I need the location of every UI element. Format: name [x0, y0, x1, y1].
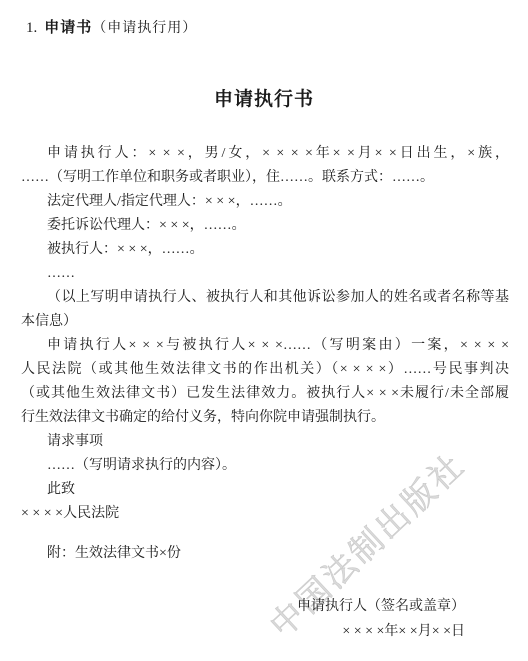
attachment-line: 附：生效法律文书×份: [21, 542, 528, 566]
body-line-applicant-2: ……（写明工作单位和职务或者职业），住……。联系方式：……。: [21, 166, 509, 190]
body-line-legal-agent: 法定代理人/指定代理人：× × ×，……。: [21, 190, 509, 214]
body-line-salutation: 此致: [21, 478, 509, 502]
section-number: 1.: [26, 20, 37, 36]
body-line-case-1: 申请执行人× × ×与被执行人× × ×……（写明案由）一案，× × × ×: [21, 334, 509, 358]
body-line-case-3: （或其他生效法律文书）已发生法律效力。被执行人× × ×未履行/未全部履: [21, 382, 509, 406]
signature-line: 申请执行人（签名或盖章）: [0, 594, 465, 619]
date-line: × × × ×年× ×月× ×日: [0, 619, 465, 644]
body-line-note-2: 本信息）: [21, 310, 509, 334]
body-line-request-content: ……（写明请求执行的内容）。: [21, 454, 509, 478]
body-line-respondent: 被执行人：× × ×，……。: [21, 238, 509, 262]
document-page: 中国法制出版社 1.申请书（申请执行用） 申请执行书 申请执行人：× × ×，男…: [0, 0, 528, 661]
body-line-case-4: 行生效法律文书确定的给付义务，特向你院申请强制执行。: [21, 406, 509, 430]
body-line-note-1: （以上写明申请执行人、被执行人和其他诉讼参加人的姓名或者名称等基: [21, 286, 509, 310]
body-line-entrusted-agent: 委托诉讼代理人：× × ×，……。: [21, 214, 509, 238]
body-line-applicant: 申请执行人：× × ×，男/女，× × × ×年× ×月× ×日出生，×族，: [21, 142, 509, 166]
document-title: 申请执行书: [0, 89, 528, 111]
section-subtitle: （申请执行用）: [92, 21, 197, 36]
document-content: 1.申请书（申请执行用） 申请执行书 申请执行人：× × ×，男/女，× × ×…: [0, 18, 528, 644]
body-line-court-name: × × × ×人民法院: [21, 502, 509, 526]
body-line-ellipsis: ……: [21, 262, 509, 286]
attachment-section: 附：生效法律文书×份: [0, 542, 528, 566]
body-line-request-title: 请求事项: [21, 430, 509, 454]
document-body: 申请执行人：× × ×，男/女，× × × ×年× ×月× ×日出生，×族， ……: [0, 142, 528, 526]
section-heading: 1.申请书（申请执行用）: [26, 18, 528, 39]
signature-section: 申请执行人（签名或盖章） × × × ×年× ×月× ×日: [0, 594, 528, 644]
section-title: 申请书: [44, 20, 92, 36]
body-line-case-2: 人民法院（或其他生效法律文书的作出机关）（× × × ×）……号民事判决: [21, 358, 509, 382]
